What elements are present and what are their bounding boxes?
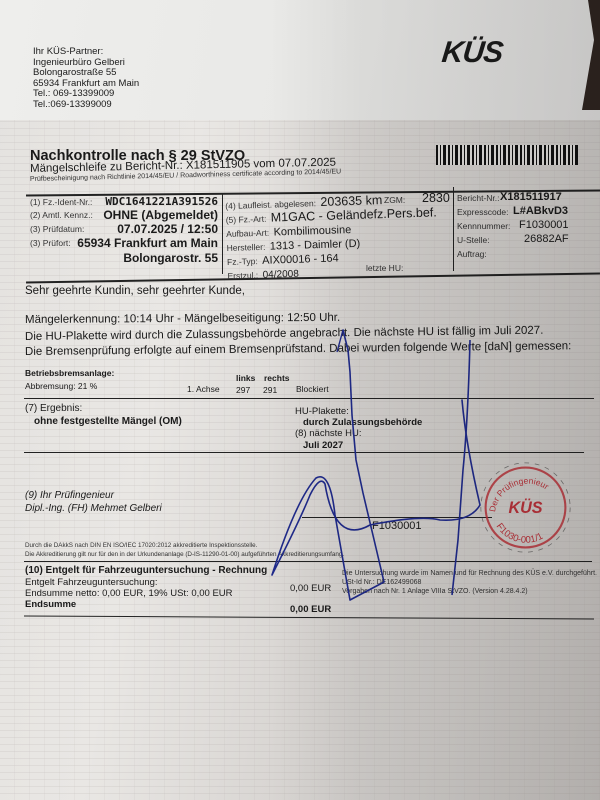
handwritten-signature bbox=[0, 0, 600, 800]
